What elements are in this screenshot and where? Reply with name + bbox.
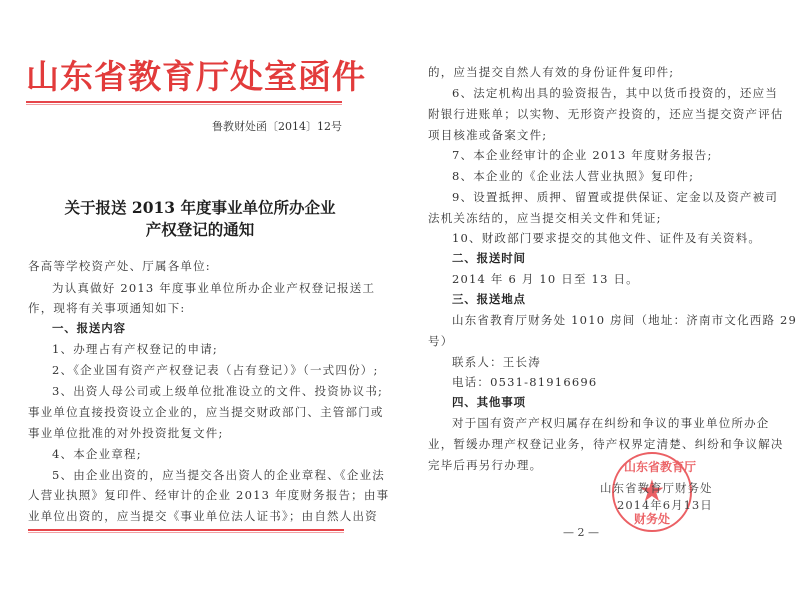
page-number: — 2 — — [563, 526, 599, 539]
section-heading-other: 四、其他事项 — [452, 394, 526, 410]
content-item: 5、由企业出资的，应当提交各出资人的企业章程、《企业法 — [52, 467, 385, 483]
content-item: 4、本企业章程; — [52, 446, 142, 462]
seal-top-text: 山东省教育厅 — [624, 458, 696, 475]
content-item: 事业单位直接投资设立企业的，应当提交财政部门、主管部门或 — [28, 404, 384, 420]
content-item: 8、本企业的《企业法人营业执照》复印件; — [452, 168, 694, 184]
footer-red-rule — [28, 529, 344, 531]
section-heading-location: 三、报送地点 — [452, 291, 526, 307]
contact-person: 联系人：王长涛 — [452, 354, 541, 370]
content-item: 6、法定机构出具的验资报告，其中以货币投资的，还应当 — [452, 85, 778, 101]
content-item: 7、本企业经审计的企业 2013 年度财务报告; — [452, 147, 713, 163]
salutation: 各高等学校资产处、厅属各单位: — [28, 258, 211, 274]
document-number: 鲁教财处函〔2014〕12号 — [212, 118, 342, 134]
content-item: 附银行进账单；以实物、无形资产投资的，还应当提交资产评估 — [428, 106, 784, 122]
section-heading-time: 二、报送时间 — [452, 250, 526, 266]
content-item: 人营业执照》复印件、经审计的企业 2013 年度财务报告；由事 — [28, 487, 389, 503]
content-item: 10、财政部门要求提交的其他文件、证件及有关资料。 — [452, 230, 761, 246]
content-item: 业单位出资的，应当提交《事业单位法人证书》；由自然人出资 — [28, 508, 378, 524]
content-item: 项目核准或备案文件; — [428, 127, 547, 143]
document-title-line2: 产权登记的通知 — [0, 218, 400, 240]
signature-date: 2014年6月13日 — [617, 497, 713, 513]
other-item: 业，暂缓办理产权登记业务，待产权界定清楚、纠纷和争议解决 — [428, 436, 784, 452]
masthead-title: 山东省教育厅处室函件 — [26, 57, 341, 97]
contact-phone: 电话：0531-81916696 — [452, 374, 597, 390]
content-item: 法机关冻结的，应当提交相关文件和凭证; — [428, 210, 662, 226]
masthead-red-rule-thin — [26, 104, 342, 105]
section-heading-content: 一、报送内容 — [52, 320, 126, 336]
submission-date: 2014 年 6 月 10 日至 13 日。 — [452, 271, 639, 287]
document-title-line1: 关于报送 2013 年度事业单位所办企业 — [0, 196, 400, 218]
content-item: 3、出资人母公司或上级单位批准设立的文件、投资协议书; — [52, 383, 383, 399]
masthead-red-rule — [26, 101, 342, 103]
content-item: 9、设置抵押、质押、留置或提供保证、定金以及资产被司 — [452, 189, 778, 205]
other-item: 完毕后再另行办理。 — [428, 457, 542, 473]
content-item: 的，应当提交自然人有效的身份证件复印件; — [428, 64, 674, 80]
footer-red-rule-thin — [28, 532, 344, 533]
content-item: 1、办理占有产权登记的申请; — [52, 341, 218, 357]
intro-line: 作，现将有关事项通知如下: — [28, 300, 185, 316]
document-page-left: 山东省教育厅处室函件 鲁教财处函〔2014〕12号 关于报送 2013 年度事业… — [0, 0, 400, 600]
signature-org: 山东省教育厅财务处 — [600, 480, 713, 496]
location-address: 号） — [428, 333, 453, 349]
location-address: 山东省教育厅财务处 1010 房间（地址：济南市文化西路 29 — [452, 312, 797, 328]
other-item: 对于国有资产产权归属存在纠纷和争议的事业单位所办企 — [452, 415, 770, 431]
content-item: 事业单位批准的对外投资批复文件; — [28, 425, 224, 441]
document-page-right: 的，应当提交自然人有效的身份证件复印件; 6、法定机构出具的验资报告，其中以货币… — [400, 0, 800, 600]
intro-line: 为认真做好 2013 年度事业单位所办企业产权登记报送工 — [52, 280, 375, 296]
content-item: 2、《企业国有资产产权登记表（占有登记）》（一式四份）; — [52, 362, 379, 378]
